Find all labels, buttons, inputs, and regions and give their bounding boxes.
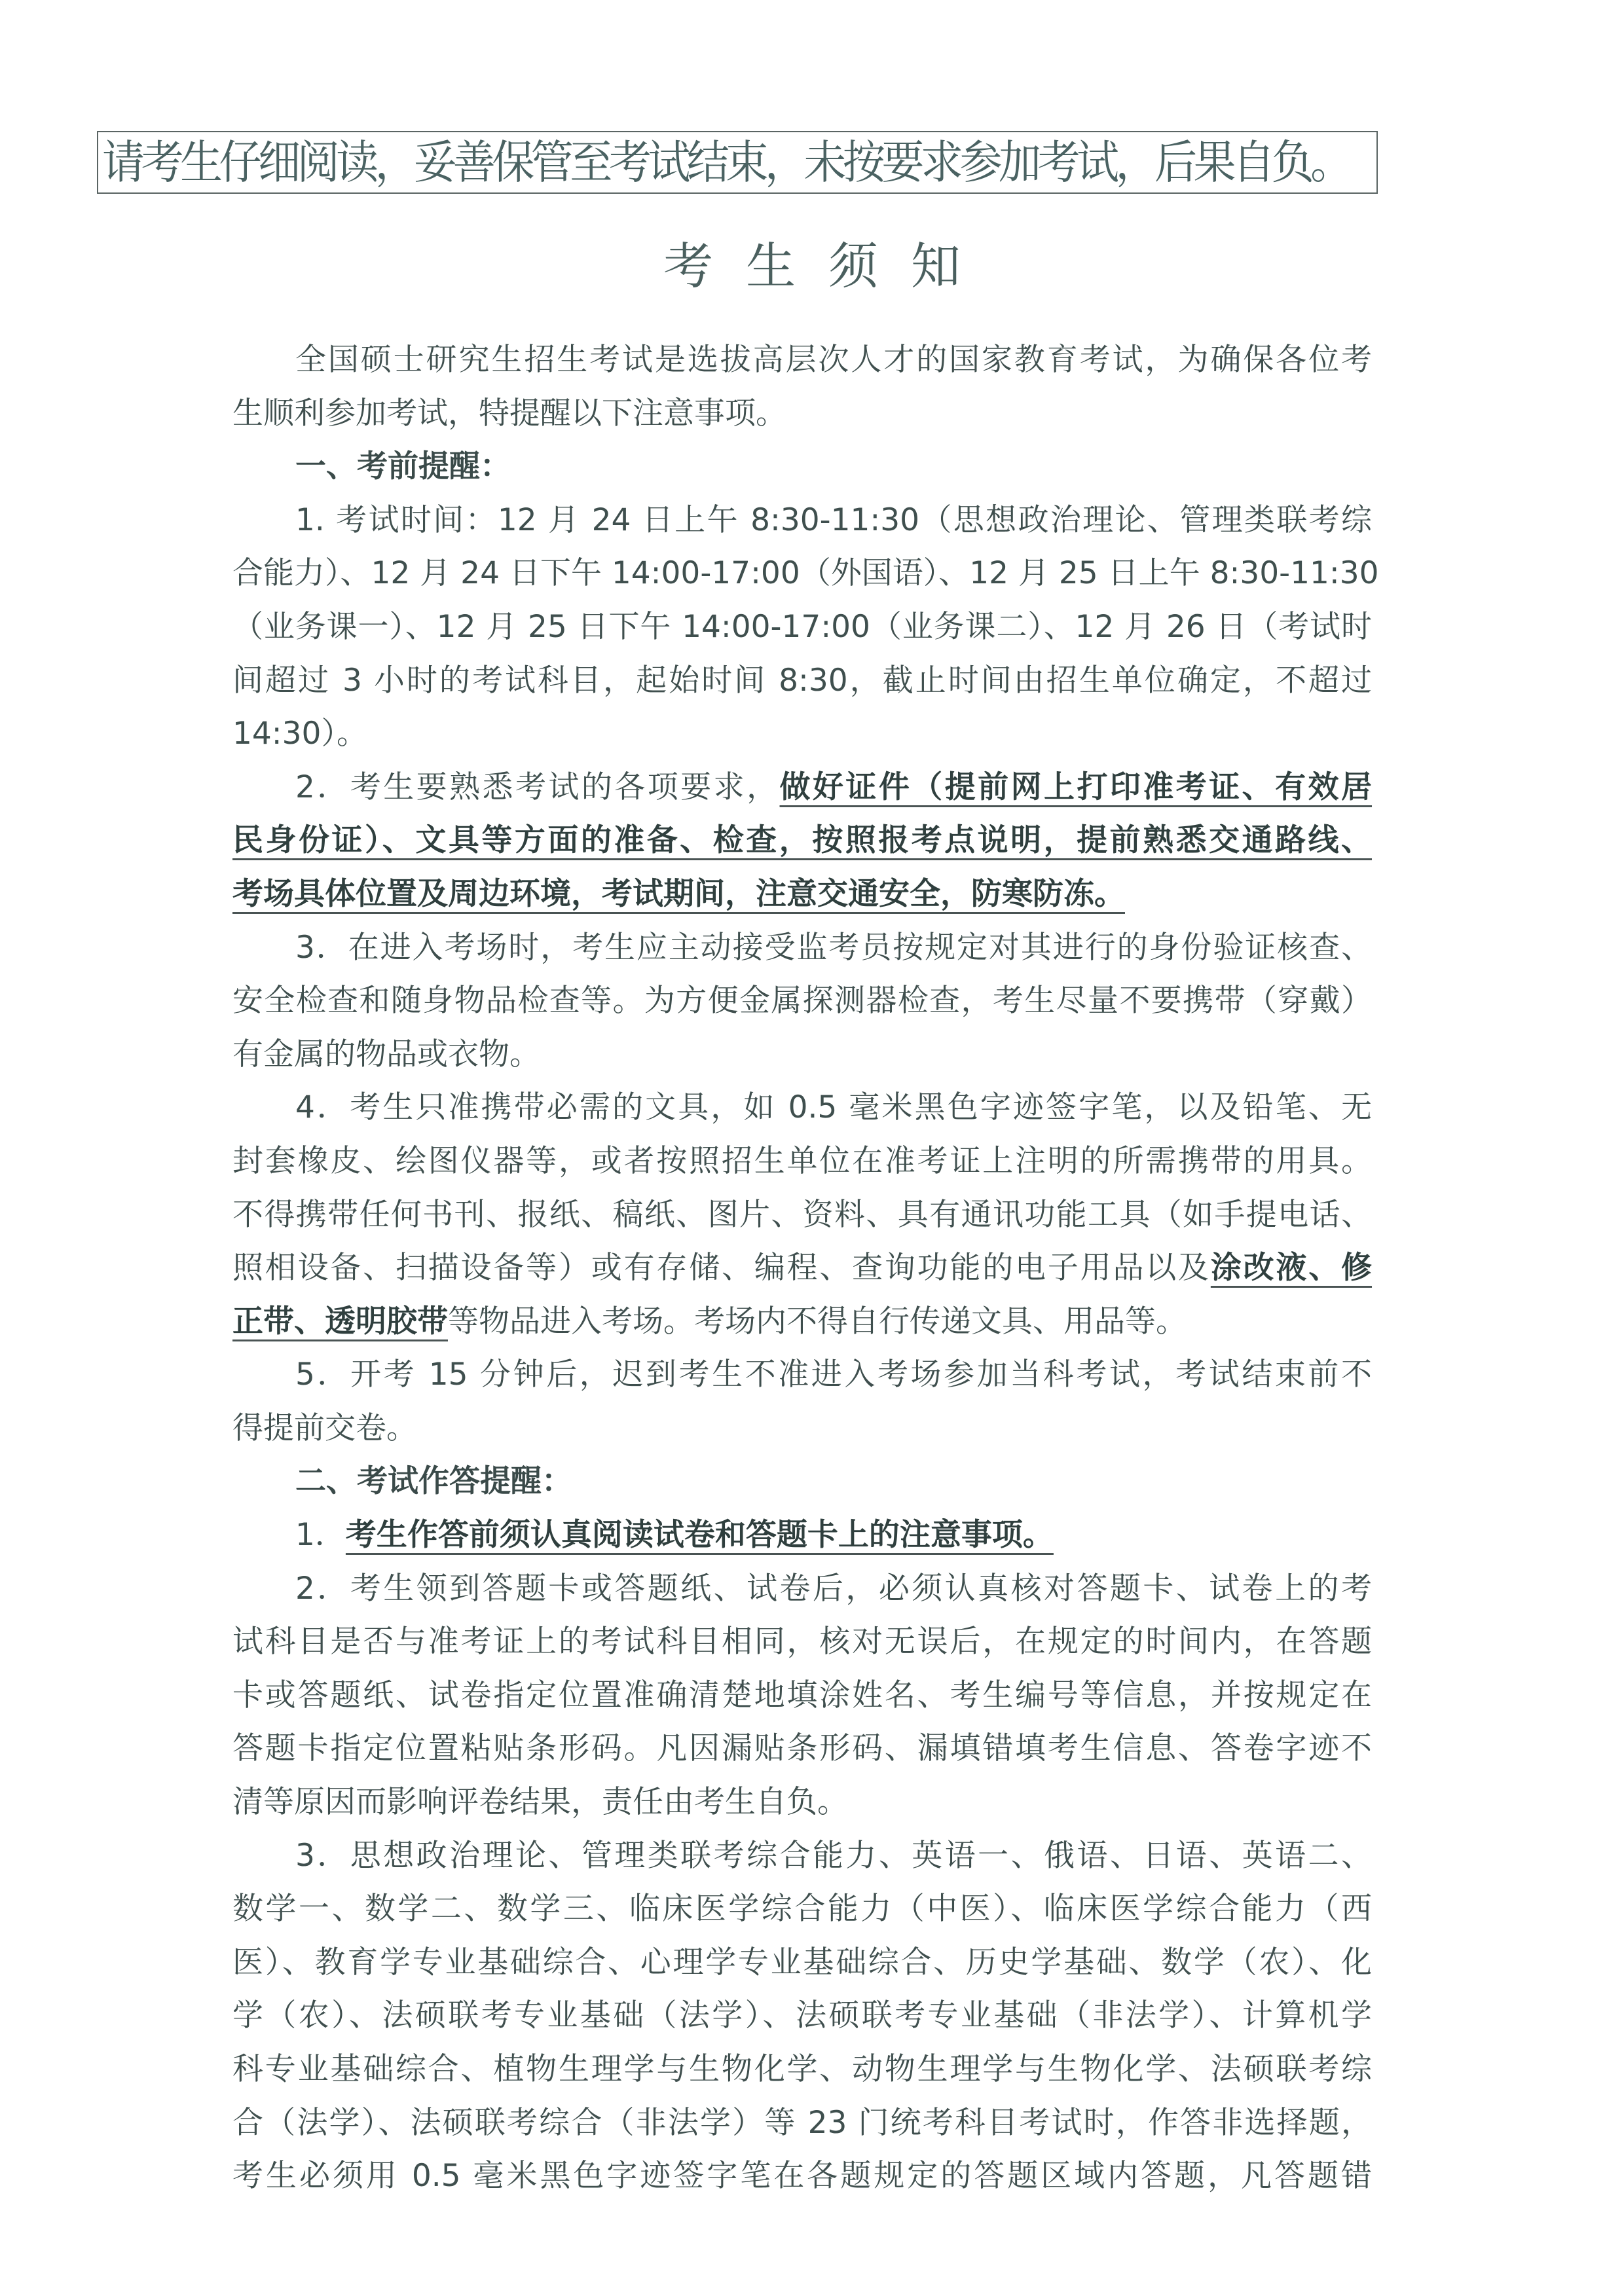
section1-item-1-line: （业务课一）、12 月 25 日下午 14:00-17:00（业务课二）、12 … <box>232 608 1372 661</box>
emphasized-text: 考场具体位置及周边环境，考试期间，注意交通安全，防寒防冻。 <box>232 876 1125 912</box>
section2-item-3-line: 学（农）、法硕联考专业基础（法学）、法硕联考专业基础（非法学）、计算机学 <box>232 1996 1372 2050</box>
section-heading-2: 二、考试作答提醒： <box>232 1462 1372 1516</box>
intro-line: 生顺利参加考试，特提醒以下注意事项。 <box>232 394 1372 448</box>
section-heading: 一、考前提醒： <box>295 448 511 484</box>
text-line-content: 二、考试作答提醒： <box>295 1462 572 1516</box>
text-segment: 全国硕士研究生招生考试是选拔高层次人才的国家教育考试，为确保各位考 <box>295 342 1372 378</box>
text-line-content: 科专业基础综合、植物生理学与生物化学、动物生理学与生物化学、法硕联考综 <box>232 2050 1372 2104</box>
text-line-content: 14:30）。 <box>232 714 367 768</box>
emphasized-text: 做好证件（提前网上打印准考证、有效居 <box>780 769 1373 805</box>
section2-item-3-line: 医）、教育学专业基础综合、心理学专业基础综合、历史学基础、数学（农）、化 <box>232 1943 1372 1997</box>
text-line-content: 2．考生领到答题卡或答题纸、试卷后，必须认真核对答题卡、试卷上的考 <box>295 1569 1372 1623</box>
text-line-content: 医）、教育学专业基础综合、心理学专业基础综合、历史学基础、数学（农）、化 <box>232 1943 1372 1997</box>
text-segment: 生顺利参加考试，特提醒以下注意事项。 <box>232 395 786 431</box>
text-segment: 答题卡指定位置粘贴条形码。凡因漏贴条形码、漏填错填考生信息、答卷字迹不 <box>232 1730 1372 1766</box>
section-heading-1: 一、考前提醒： <box>232 447 1372 501</box>
section1-item-2-line: 2．考生要熟悉考试的各项要求，做好证件（提前网上打印准考证、有效居 <box>232 768 1372 822</box>
text-segment: 合能力）、12 月 24 日下午 14:00-17:00（外国语）、12 月 2… <box>232 555 1379 591</box>
text-segment: 14:30）。 <box>232 716 367 752</box>
text-line-content: 考生必须用 0.5 毫米黑色字迹签字笔在各题规定的答题区域内答题，凡答题错 <box>232 2157 1372 2210</box>
emphasized-text: 涂改液、修 <box>1211 1250 1372 1286</box>
text-segment: 不得携带任何书刊、报纸、稿纸、图片、资料、具有通讯功能工具（如手提电话、 <box>232 1197 1372 1233</box>
page-title: 考生须知 <box>0 239 1624 294</box>
text-segment: 考生必须用 0.5 毫米黑色字迹签字笔在各题规定的答题区域内答题，凡答题错 <box>232 2158 1372 2194</box>
section2-item-2-line: 答题卡指定位置粘贴条形码。凡因漏贴条形码、漏填错填考生信息、答卷字迹不 <box>232 1729 1372 1783</box>
text-segment: 5．开考 15 分钟后，迟到考生不准进入考场参加当科考试，考试结束前不 <box>295 1357 1372 1393</box>
text-line-content: 3．思想政治理论、管理类联考综合能力、英语一、俄语、日语、英语二、 <box>295 1836 1372 1890</box>
text-line-content: 民身份证）、文具等方面的准备、检查，按照报考点说明，提前熟悉交通路线、 <box>232 821 1372 875</box>
text-segment: 2．考生要熟悉考试的各项要求， <box>295 769 780 805</box>
text-segment: 学（农）、法硕联考专业基础（法学）、法硕联考专业基础（非法学）、计算机学 <box>232 1997 1372 2033</box>
section2-item-3-line: 3．思想政治理论、管理类联考综合能力、英语一、俄语、日语、英语二、 <box>232 1836 1372 1890</box>
text-line-content: 答题卡指定位置粘贴条形码。凡因漏贴条形码、漏填错填考生信息、答卷字迹不 <box>232 1729 1372 1783</box>
text-line-content: 照相设备、扫描设备等）或有存储、编程、查询功能的电子用品以及涂改液、修 <box>232 1248 1372 1302</box>
text-line-content: 安全检查和随身物品检查等。为方便金属探测器检查，考生尽量不要携带（穿戴） <box>232 981 1372 1035</box>
section1-item-3-line: 安全检查和随身物品检查等。为方便金属探测器检查，考生尽量不要携带（穿戴） <box>232 981 1372 1035</box>
section2-item-2-line: 试科目是否与准考证上的考试科目相同，核对无误后，在规定的时间内，在答题 <box>232 1622 1372 1676</box>
section1-item-4-line: 4．考生只准携带必需的文具，如 0.5 毫米黑色字迹签字笔，以及铅笔、无 <box>232 1088 1372 1142</box>
intro-line: 全国硕士研究生招生考试是选拔高层次人才的国家教育考试，为确保各位考 <box>232 340 1372 394</box>
emphasized-text: 民身份证）、文具等方面的准备、检查，按照报考点说明，提前熟悉交通路线、 <box>232 822 1372 858</box>
text-line-content: 试科目是否与准考证上的考试科目相同，核对无误后，在规定的时间内，在答题 <box>232 1622 1372 1676</box>
section1-item-4-line: 照相设备、扫描设备等）或有存储、编程、查询功能的电子用品以及涂改液、修 <box>232 1248 1372 1302</box>
text-segment: 3．思想政治理论、管理类联考综合能力、英语一、俄语、日语、英语二、 <box>295 1838 1372 1874</box>
section-heading: 二、考试作答提醒： <box>295 1463 572 1499</box>
text-segment: 医）、教育学专业基础综合、心理学专业基础综合、历史学基础、数学（农）、化 <box>232 1944 1372 1980</box>
text-line-content: 学（农）、法硕联考专业基础（法学）、法硕联考专业基础（非法学）、计算机学 <box>232 1996 1372 2050</box>
text-segment: 1. 考试时间：12 月 24 日上午 8:30-11:30（思想政治理论、管理… <box>295 502 1372 538</box>
section2-item-3-line: 科专业基础综合、植物生理学与生物化学、动物生理学与生物化学、法硕联考综 <box>232 2050 1372 2104</box>
text-line-content: 得提前交卷。 <box>232 1409 417 1463</box>
text-line-content: （业务课一）、12 月 25 日下午 14:00-17:00（业务课二）、12 … <box>232 608 1372 661</box>
text-segment: 卡或答题纸、试卷指定位置准确清楚地填涂姓名、考生编号等信息，并按规定在 <box>232 1677 1372 1713</box>
section2-item-2-line: 清等原因而影响评卷结果，责任由考生自负。 <box>232 1783 1372 1836</box>
section2-item-3-line: 数学一、数学二、数学三、临床医学综合能力（中医）、临床医学综合能力（西 <box>232 1889 1372 1943</box>
section2-item-2-line: 卡或答题纸、试卷指定位置准确清楚地填涂姓名、考生编号等信息，并按规定在 <box>232 1676 1372 1730</box>
text-segment: 合（法学）、法硕联考综合（非法学）等 23 门统考科目考试时，作答非选择题， <box>232 2105 1372 2141</box>
text-segment: 有金属的物品或衣物。 <box>232 1036 540 1072</box>
section1-item-4-line: 不得携带任何书刊、报纸、稿纸、图片、资料、具有通讯功能工具（如手提电话、 <box>232 1195 1372 1249</box>
text-line-content: 间超过 3 小时的考试科目，起始时间 8:30，截止时间由招生单位确定，不超过 <box>232 661 1372 715</box>
text-line-content: 5．开考 15 分钟后，迟到考生不准进入考场参加当科考试，考试结束前不 <box>295 1355 1372 1409</box>
text-line-content: 4．考生只准携带必需的文具，如 0.5 毫米黑色字迹签字笔，以及铅笔、无 <box>295 1088 1372 1142</box>
section1-item-2-line: 民身份证）、文具等方面的准备、检查，按照报考点说明，提前熟悉交通路线、 <box>232 821 1372 875</box>
emphasized-text: 考生作答前须认真阅读试卷和答题卡上的注意事项。 <box>346 1517 1054 1553</box>
warning-banner: 请考生仔细阅读，妥善保管至考试结束，未按要求参加考试，后果自负。 <box>97 131 1378 194</box>
text-segment: 2．考生领到答题卡或答题纸、试卷后，必须认真核对答题卡、试卷上的考 <box>295 1571 1372 1607</box>
text-line-content: 合能力）、12 月 24 日下午 14:00-17:00（外国语）、12 月 2… <box>232 554 1372 608</box>
text-line-content: 不得携带任何书刊、报纸、稿纸、图片、资料、具有通讯功能工具（如手提电话、 <box>232 1195 1372 1249</box>
section1-item-1-line: 间超过 3 小时的考试科目，起始时间 8:30，截止时间由招生单位确定，不超过 <box>232 661 1372 715</box>
text-line-content: 1．考生作答前须认真阅读试卷和答题卡上的注意事项。 <box>295 1516 1054 1569</box>
text-line-content: 一、考前提醒： <box>295 447 511 501</box>
section1-item-3-line: 有金属的物品或衣物。 <box>232 1035 1372 1089</box>
text-segment: 清等原因而影响评卷结果，责任由考生自负。 <box>232 1784 848 1820</box>
section2-item-1-line: 1．考生作答前须认真阅读试卷和答题卡上的注意事项。 <box>232 1516 1372 1569</box>
notice-body: 全国硕士研究生招生考试是选拔高层次人才的国家教育考试，为确保各位考生顺利参加考试… <box>232 340 1372 2210</box>
text-line-content: 全国硕士研究生招生考试是选拔高层次人才的国家教育考试，为确保各位考 <box>295 340 1372 394</box>
text-segment: 封套橡皮、绘图仪器等，或者按照招生单位在准考证上注明的所需携带的用具。 <box>232 1143 1372 1179</box>
section1-item-2-line: 考场具体位置及周边环境，考试期间，注意交通安全，防寒防冻。 <box>232 875 1372 928</box>
section1-item-1-line: 1. 考试时间：12 月 24 日上午 8:30-11:30（思想政治理论、管理… <box>232 501 1372 555</box>
text-line-content: 2．考生要熟悉考试的各项要求，做好证件（提前网上打印准考证、有效居 <box>295 768 1372 822</box>
text-segment: 数学一、数学二、数学三、临床医学综合能力（中医）、临床医学综合能力（西 <box>232 1891 1372 1927</box>
text-line-content: 封套橡皮、绘图仪器等，或者按照招生单位在准考证上注明的所需携带的用具。 <box>232 1142 1372 1195</box>
text-segment: 得提前交卷。 <box>232 1410 417 1446</box>
text-segment: 科专业基础综合、植物生理学与生物化学、动物生理学与生物化学、法硕联考综 <box>232 2051 1372 2087</box>
text-line-content: 1. 考试时间：12 月 24 日上午 8:30-11:30（思想政治理论、管理… <box>295 501 1372 555</box>
text-line-content: 清等原因而影响评卷结果，责任由考生自负。 <box>232 1783 848 1836</box>
section2-item-3-line: 考生必须用 0.5 毫米黑色字迹签字笔在各题规定的答题区域内答题，凡答题错 <box>232 2157 1372 2210</box>
text-segment: 间超过 3 小时的考试科目，起始时间 8:30，截止时间由招生单位确定，不超过 <box>232 663 1372 699</box>
text-line-content: 3．在进入考场时，考生应主动接受监考员按规定对其进行的身份验证核查、 <box>295 928 1372 982</box>
text-segment: （业务课一）、12 月 25 日下午 14:00-17:00（业务课二）、12 … <box>232 609 1372 645</box>
section1-item-5-line: 5．开考 15 分钟后，迟到考生不准进入考场参加当科考试，考试结束前不 <box>232 1355 1372 1409</box>
section1-item-3-line: 3．在进入考场时，考生应主动接受监考员按规定对其进行的身份验证核查、 <box>232 928 1372 982</box>
text-segment: 照相设备、扫描设备等）或有存储、编程、查询功能的电子用品以及 <box>232 1250 1211 1286</box>
section2-item-3-line: 合（法学）、法硕联考综合（非法学）等 23 门统考科目考试时，作答非选择题， <box>232 2104 1372 2157</box>
text-line-content: 考场具体位置及周边环境，考试期间，注意交通安全，防寒防冻。 <box>232 875 1125 928</box>
text-line-content: 有金属的物品或衣物。 <box>232 1035 540 1089</box>
text-line-content: 数学一、数学二、数学三、临床医学综合能力（中医）、临床医学综合能力（西 <box>232 1889 1372 1943</box>
section2-item-2-line: 2．考生领到答题卡或答题纸、试卷后，必须认真核对答题卡、试卷上的考 <box>232 1569 1372 1623</box>
text-line-content: 正带、透明胶带等物品进入考场。考场内不得自行传递文具、用品等。 <box>232 1302 1187 1356</box>
text-segment: 等物品进入考场。考场内不得自行传递文具、用品等。 <box>448 1303 1187 1339</box>
section1-item-5-line: 得提前交卷。 <box>232 1409 1372 1463</box>
section1-item-1-line: 14:30）。 <box>232 714 1372 768</box>
text-line-content: 生顺利参加考试，特提醒以下注意事项。 <box>232 394 786 448</box>
text-line-content: 卡或答题纸、试卷指定位置准确清楚地填涂姓名、考生编号等信息，并按规定在 <box>232 1676 1372 1730</box>
text-segment: 3．在进入考场时，考生应主动接受监考员按规定对其进行的身份验证核查、 <box>295 930 1372 966</box>
section1-item-1-line: 合能力）、12 月 24 日下午 14:00-17:00（外国语）、12 月 2… <box>232 554 1372 608</box>
text-segment: 试科目是否与准考证上的考试科目相同，核对无误后，在规定的时间内，在答题 <box>232 1624 1372 1660</box>
emphasized-text: 正带、透明胶带 <box>232 1303 448 1339</box>
warning-banner-text: 请考生仔细阅读，妥善保管至考试结束，未按要求参加考试，后果自负。 <box>102 139 1350 185</box>
text-line-content: 合（法学）、法硕联考综合（非法学）等 23 门统考科目考试时，作答非选择题， <box>232 2104 1372 2157</box>
text-segment: 1． <box>295 1517 346 1553</box>
section1-item-4-line: 封套橡皮、绘图仪器等，或者按照招生单位在准考证上注明的所需携带的用具。 <box>232 1142 1372 1195</box>
section1-item-4-line: 正带、透明胶带等物品进入考场。考场内不得自行传递文具、用品等。 <box>232 1302 1372 1356</box>
text-segment: 4．考生只准携带必需的文具，如 0.5 毫米黑色字迹签字笔，以及铅笔、无 <box>295 1089 1372 1125</box>
text-segment: 安全检查和随身物品检查等。为方便金属探测器检查，考生尽量不要携带（穿戴） <box>232 983 1372 1019</box>
